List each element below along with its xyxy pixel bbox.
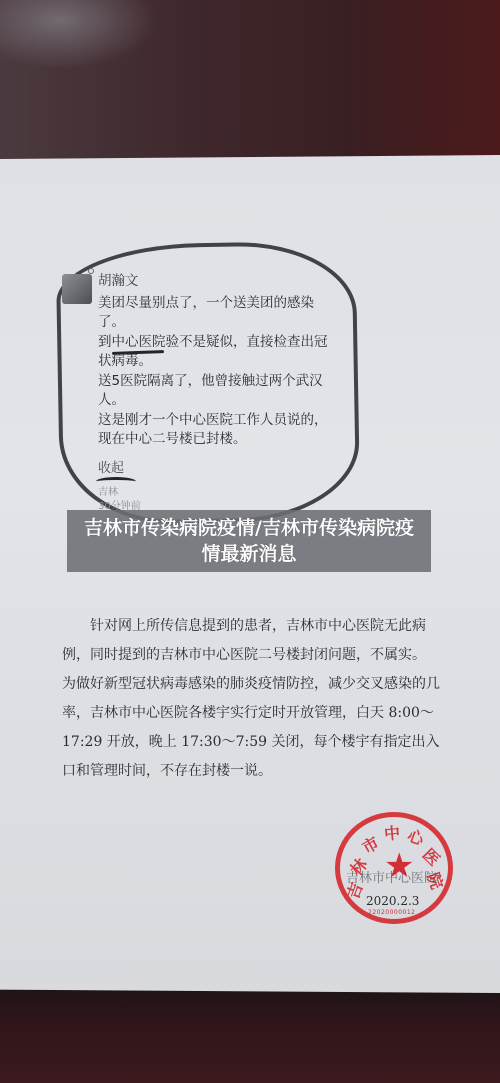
caption-title: 吉林市传染病院疫情/吉林市传染病院疫情最新消息 — [67, 515, 431, 567]
post-author: 胡瀚文 — [98, 272, 348, 292]
post-line: 到中心医院验不是疑似，直接检查出冠 — [98, 333, 348, 353]
seal-char: 中 — [383, 820, 401, 844]
caption-overlay: 吉林市传染病院疫情/吉林市传染病院疫情最新消息 — [67, 510, 431, 572]
official-seal: 吉 林 市 中 心 医 院 ★ 吉林市中心医院 2020.2.3 2202000… — [335, 812, 453, 924]
seal-overprint: 吉林市中心医院 — [346, 867, 437, 886]
social-post: 胡瀚文 美团尽量别点了，一个送美团的感染 了。 到中心医院验不是疑似，直接检查出… — [98, 272, 348, 514]
statement-paragraph: 为做好新型冠状病毒感染的肺炎疫情防控，减少交叉感染的几率，吉林市中心医院各楼宇实… — [62, 670, 452, 786]
post-location: 吉林 — [98, 486, 348, 500]
collapse-link: 收起 — [98, 459, 348, 479]
avatar — [62, 274, 92, 304]
post-line: 送5医院隔离了，他曾接触过两个武汉 — [98, 372, 348, 392]
statement-paragraph: 针对网上所传信息提到的患者，吉林市中心医院无此病例，同时提到的吉林市中心医院二号… — [62, 612, 452, 670]
post-line: 现在中心二号楼已封楼。 — [98, 430, 348, 450]
post-line: 这是刚才一个中心医院工作人员说的， — [98, 411, 348, 431]
official-statement: 针对网上所传信息提到的患者，吉林市中心医院无此病例，同时提到的吉林市中心医院二号… — [62, 612, 452, 786]
post-line: 人。 — [98, 391, 348, 411]
seal-date: 2020.2.3 — [366, 894, 419, 908]
handwritten-underline — [96, 477, 136, 486]
post-line: 了。 — [98, 313, 348, 333]
post-line: 状病毒。 — [98, 352, 348, 372]
background-top — [0, 0, 500, 160]
seal-char: 市 — [357, 831, 382, 859]
badge-dot-icon — [88, 268, 94, 274]
background-bottom — [0, 990, 500, 1083]
seal-code: 22020000012 — [368, 909, 416, 916]
post-line: 美团尽量别点了，一个送美团的感染 — [98, 294, 348, 314]
